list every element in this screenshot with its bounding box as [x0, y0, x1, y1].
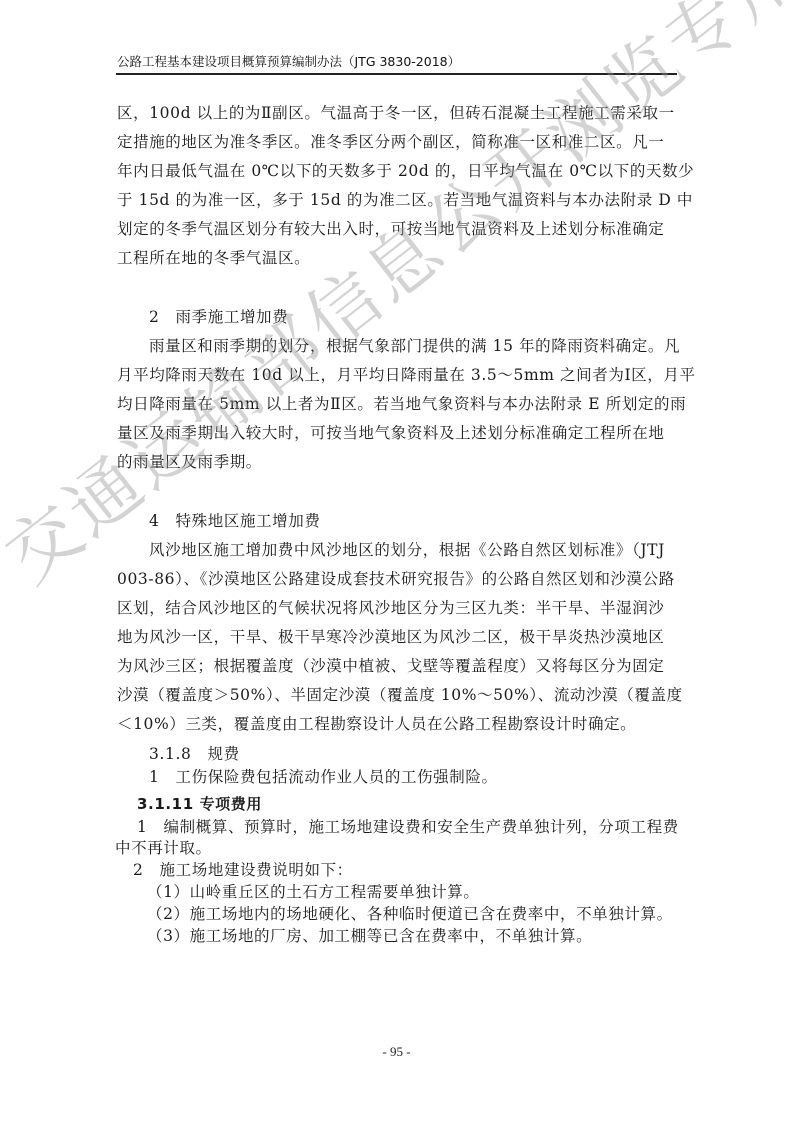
watermark: 交通运输部信息公开浏览专用: [0, 0, 793, 602]
text-line: 月平均降雨天数在 10d 以上，月平均日降雨量在 3.5～5mm 之间者为Ⅰ区，…: [117, 363, 696, 385]
list-item: （1）山岭重丘区的土石方工程需要单独计算。: [147, 880, 479, 902]
list-item: （3）施工场地的厂房、加工棚等已含在费率中，不单独计算。: [147, 924, 592, 946]
text-line: 量区及雨季期出入较大时，可按当地气象资料及上述划分标准确定工程所在地: [117, 421, 664, 443]
section-heading-special: 4 特殊地区施工增加费: [149, 509, 320, 531]
text-line: 的雨量区及雨季期。: [117, 450, 262, 472]
text-line: 年内日最低气温在 0℃以下的天数多于 20d 的，日平均气温在 0℃以下的天数少: [117, 159, 694, 181]
text-line: 工程所在地的冬季气温区。: [117, 246, 310, 268]
page-number: - 95 -: [0, 1044, 793, 1060]
text-line: 中不再计取。: [115, 836, 212, 858]
text-line: 定措施的地区为准冬季区。准冬季区分两个副区，简称准一区和准二区。凡一: [117, 130, 664, 152]
section-heading-3-1-8: 3.1.8 规费: [149, 742, 240, 764]
text-line: 沙漠（覆盖度＞50%）、半固定沙漠（覆盖度 10%～50%）、流动沙漠（覆盖度: [117, 683, 683, 705]
text-line: 1 工伤保险费包括流动作业人员的工伤强制险。: [149, 765, 498, 787]
text-line: ＜10%）三类，覆盖度由工程勘察设计人员在公路工程勘察设计时确定。: [117, 712, 636, 734]
text-line: 于 15d 的为准一区，多于 15d 的为准二区。若当地气温资料与本办法附录 D…: [117, 188, 693, 210]
text-line: 均日降雨量在 5mm 以上者为Ⅱ区。若当地气象资料与本办法附录 E 所划定的雨: [117, 392, 686, 414]
text-line: 区划，结合风沙地区的气候状况将风沙地区分为三区九类：半干旱、半湿润沙: [117, 596, 664, 618]
text-line: 地为风沙一区，干旱、极干旱寒冷沙漠地区为风沙二区，极干旱炎热沙漠地区: [117, 625, 664, 647]
list-item: （2）施工场地内的场地硬化、各种临时便道已含在费率中，不单独计算。: [147, 902, 673, 924]
text-line: 2 施工场地建设费说明如下：: [133, 858, 353, 880]
running-header: 公路工程基本建设项目概算预算编制办法（JTG 3830-2018）: [117, 52, 677, 70]
header-rule: [116, 73, 677, 75]
text-line: 为风沙三区；根据覆盖度（沙漠中植被、戈壁等覆盖程度）又将每区分为固定: [117, 654, 664, 676]
text-line: 区，100d 以上的为Ⅱ副区。气温高于冬一区，但砖石混凝土工程施工需采取一: [117, 101, 675, 123]
text-line: 003-86）、《沙漠地区公路建设成套技术研究报告》的公路自然区划和沙漠公路: [117, 567, 675, 589]
section-heading-3-1-11: 3.1.11 专项费用: [137, 793, 262, 814]
text-line: 雨量区和雨季期的划分，根据气象部门提供的满 15 年的降雨资料确定。凡: [149, 334, 680, 356]
section-heading-rain: 2 雨季施工增加费: [149, 305, 288, 327]
text-line: 1 编制概算、预算时，施工场地建设费和安全生产费单独计列，分项工程费: [137, 815, 679, 837]
text-line: 划定的冬季气温区划分有较大出入时，可按当地气温资料及上述划分标准确定: [117, 217, 664, 239]
text-line: 风沙地区施工增加费中风沙地区的划分，根据《公路自然区划标准》（JTJ: [149, 538, 665, 560]
